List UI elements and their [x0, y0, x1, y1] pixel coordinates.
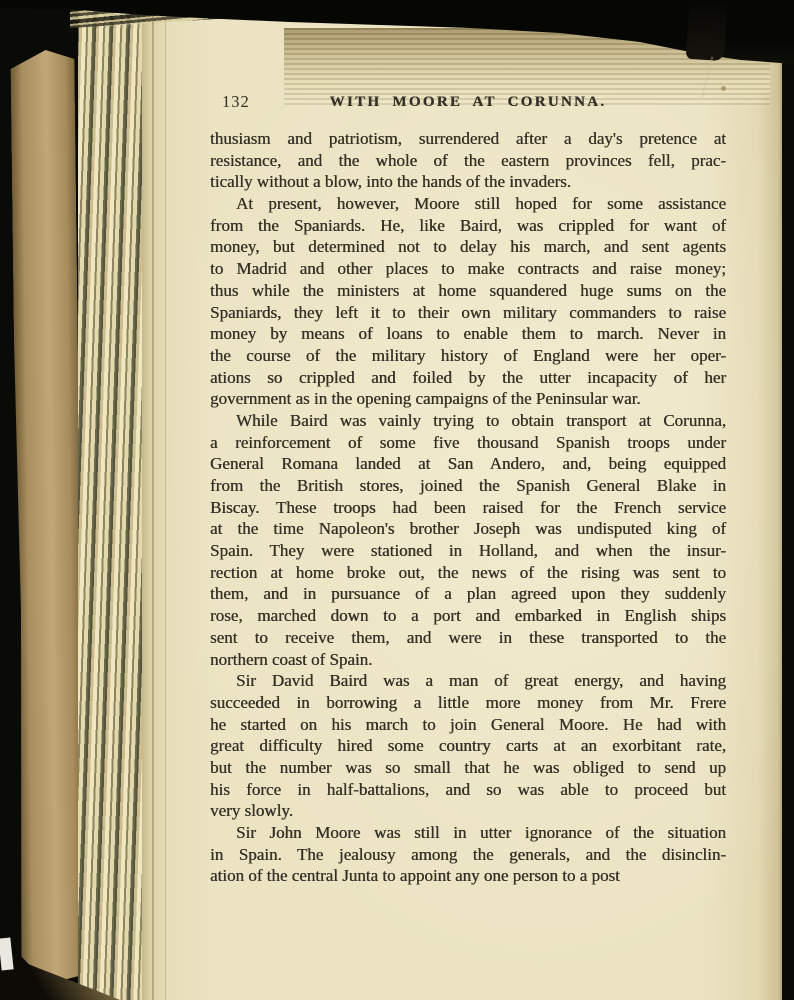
text-block: thusiasm and patriotism, surrendered aft… — [210, 128, 726, 887]
text-line: but the number was so small that he was … — [210, 757, 726, 779]
text-line: While Baird was vainly trying to obtain … — [210, 410, 726, 432]
stacked-page-edges — [78, 6, 144, 1000]
text-line: thusiasm and patriotism, surrendered aft… — [210, 128, 726, 150]
text-line: the course of the military history of En… — [210, 345, 726, 367]
text-line: Biscay. These troops had been raised for… — [210, 497, 726, 519]
text-line: Sir David Baird was a man of great energ… — [210, 670, 726, 692]
text-line: Sir John Moore was still in utter ignora… — [210, 822, 726, 844]
text-line: sent to receive them, and were in these … — [210, 627, 726, 649]
book-cover-edge — [10, 50, 85, 985]
text-line: great difficulty hired some country cart… — [210, 735, 726, 757]
text-line: tically without a blow, into the hands o… — [210, 171, 726, 193]
text-line: from the Spaniards. He, like Baird, was … — [210, 215, 726, 237]
gutter-crease — [152, 0, 154, 1000]
page-header: 132 WITH MOORE AT CORUNNA. — [210, 92, 726, 114]
text-line: a reinforcement of some five thousand Sp… — [210, 432, 726, 454]
text-line: money by means of loans to enable them t… — [210, 323, 726, 345]
text-line: Spain. They were stationed in Holland, a… — [210, 540, 726, 562]
foxing-spot — [721, 86, 726, 91]
text-line: succeeded in borrowing a little more mon… — [210, 692, 726, 714]
bookmark-tab — [686, 0, 729, 61]
text-line: from the British stores, joined the Span… — [210, 475, 726, 497]
text-line: At present, however, Moore still hoped f… — [210, 193, 726, 215]
text-line: very slowly. — [210, 800, 726, 822]
text-line: them, and in pursuance of a plan agreed … — [210, 583, 726, 605]
text-line: his force in half-battalions, and so was… — [210, 779, 726, 801]
gutter-crease — [165, 0, 166, 1000]
scanned-book-page: 132 WITH MOORE AT CORUNNA. thusiasm and … — [0, 0, 794, 1000]
text-line: rose, marched down to a port and embarke… — [210, 605, 726, 627]
text-line: ation of the central Junta to appoint an… — [210, 865, 726, 887]
text-line: ations so crippled and foiled by the utt… — [210, 367, 726, 389]
text-line: to Madrid and other places to make contr… — [210, 258, 726, 280]
text-line: money, but determined not to delay his m… — [210, 236, 726, 258]
text-line: in Spain. The jealousy among the general… — [210, 844, 726, 866]
page-edge-highlight — [0, 937, 14, 970]
text-line: he started on his march to join General … — [210, 714, 726, 736]
page-number: 132 — [222, 92, 250, 112]
text-line: northern coast of Spain. — [210, 649, 726, 671]
text-line: General Romana landed at San Andero, and… — [210, 453, 726, 475]
text-line: rection at home broke out, the news of t… — [210, 562, 726, 584]
text-line: at the time Napoleon's brother Joseph wa… — [210, 518, 726, 540]
text-line: government as in the opening campaigns o… — [210, 388, 726, 410]
text-line: thus while the ministers at home squande… — [210, 280, 726, 302]
text-line: Spaniards, they left it to their own mil… — [210, 302, 726, 324]
text-line: resistance, and the whole of the eastern… — [210, 150, 726, 172]
running-title: WITH MOORE AT CORUNNA. — [210, 92, 726, 111]
